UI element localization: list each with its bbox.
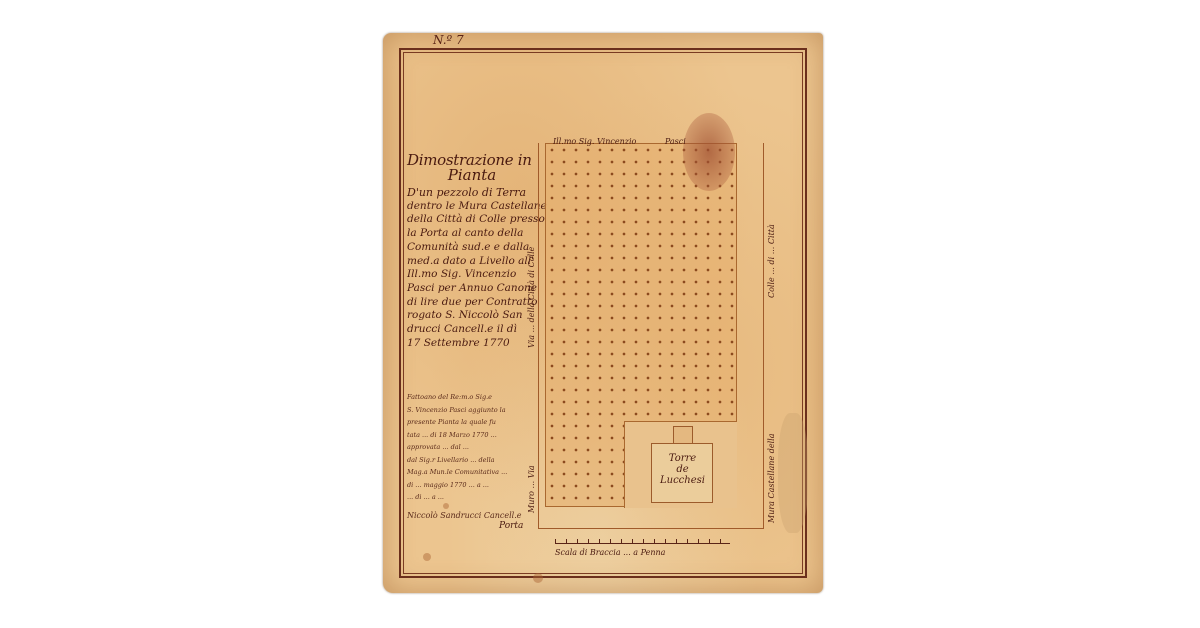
note-line: tata ... di 18 Marzo 1770 ... [407,429,537,442]
title-sub: Pianta [407,168,537,183]
water-damage [778,413,808,533]
scale-label: Scala di Braccia ... a Penna [555,548,665,557]
water-stain [683,113,735,191]
wall-boundary-right [763,143,764,528]
tower-label-line: de [655,464,710,475]
gate-label: Porta [499,521,523,531]
description-line: la Porta al canto della [407,227,537,241]
description-line: drucci Cancell.e il dì [407,323,537,337]
note-line: Mag.a Mun.le Comunitativa ... [407,466,537,479]
right-wall-label-upper: Colle ... di ... Città [767,224,776,298]
tower-label: Torre de Lucchesi [655,453,710,486]
note-line: di ... maggio 1770 ... a ... [407,479,537,492]
approval-note: Fattoano del Re:m.o Sig.e S. Vincenzio P… [407,391,537,522]
note-line: ... di ... a ... [407,491,537,504]
left-road-label-lower: Muro ... Via [527,465,536,513]
description-line: med.a dato a Livello all' [407,255,537,269]
description-line: Ill.mo Sig. Vincenzio [407,268,537,282]
right-wall-label-lower: Mura Castellane della [767,434,776,523]
road-boundary-left [538,143,539,528]
description: D'un pezzolo di Terra dentro le Mura Cas… [407,186,537,350]
description-line: dentro le Mura Castellane [407,200,537,214]
document-sheet: N.º 7 Dimostrazione in Pianta D'un pezzo… [383,33,823,593]
note-line: S. Vincenzio Pasci aggiunto la [407,404,537,417]
note-line: presente Pianta la quale fu [407,416,537,429]
description-line: rogato S. Niccolò San [407,309,537,323]
description-line: di lire due per Contratto [407,296,537,310]
description-line: Pasci per Annuo Canone [407,282,537,296]
owner-surname: Pasci [665,137,686,146]
description-line: 17 Settembre 1770 [407,337,537,351]
foxing-spot [443,503,449,509]
note-line: Fattoano del Re:m.o Sig.e [407,391,537,404]
description-line: Comunità sud.e e dalla [407,241,537,255]
foxing-spot [423,553,431,561]
description-line: D'un pezzolo di Terra [407,186,537,200]
tower-label-line: Lucchesi [655,475,710,486]
owner-label: Ill.mo Sig. Vincenzio Pasci [553,137,686,146]
left-road-label-upper: Via ... della Città di Colle [527,247,536,348]
title-block: Dimostrazione in Pianta D'un pezzolo di … [407,153,537,350]
note-line: dal Sig.r Livellario ... della [407,454,537,467]
sheet-number: N.º 7 [433,33,464,47]
owner-name: Ill.mo Sig. Vincenzio [553,137,636,146]
scale-bar [555,539,730,544]
description-line: della Città di Colle presso [407,213,537,227]
tower-label-line: Torre [655,453,710,464]
road-boundary-bottom [538,528,764,529]
foxing-spot [533,573,543,583]
note-line: approvata ... dal ... [407,441,537,454]
